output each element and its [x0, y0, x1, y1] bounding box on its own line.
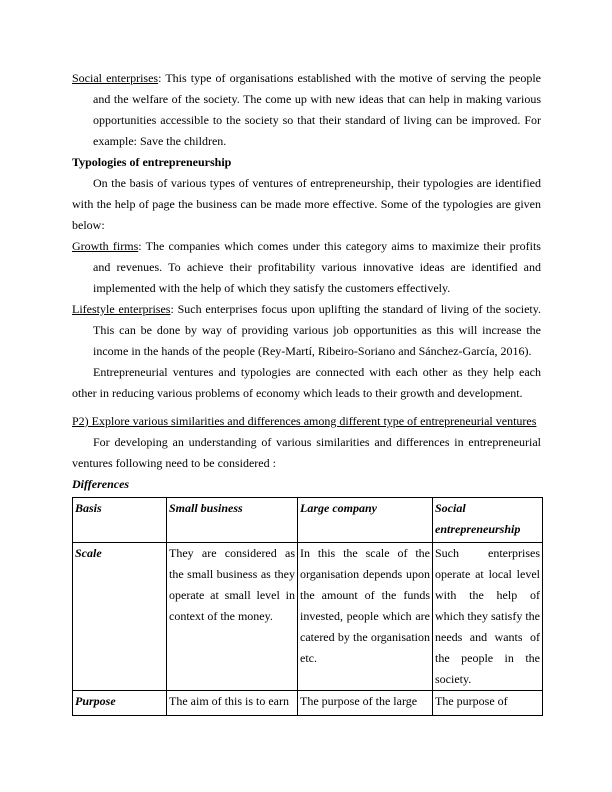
cell-large-company: In this the scale of the organisation de…: [298, 543, 433, 691]
header-large-company: Large company: [298, 498, 433, 543]
table-row: Scale They are considered as the small b…: [73, 543, 543, 691]
header-small-business: Small business: [167, 498, 298, 543]
cell-text: In this the scale of the organisation de…: [300, 543, 430, 669]
cell-text: The aim of this is to earn: [169, 691, 295, 712]
cell-small-business: The aim of this is to earn: [167, 691, 298, 716]
differences-heading: Differences: [72, 474, 541, 495]
growth-firms-text: : The companies which comes under this c…: [93, 239, 541, 295]
document-page: Social enterprises: This type of organis…: [72, 68, 541, 716]
cell-small-business: They are considered as the small busines…: [167, 543, 298, 691]
lifestyle-enterprises-term: Lifestyle enterprises: [72, 302, 170, 316]
p2-intro-paragraph: For developing an understanding of vario…: [72, 432, 541, 474]
table-row: Purpose The aim of this is to earn The p…: [73, 691, 543, 716]
cell-text: They are considered as the small busines…: [169, 543, 295, 627]
typologies-heading: Typologies of entrepreneurship: [72, 152, 541, 173]
header-social-entrepreneurship: Social entrepreneurship: [433, 498, 543, 543]
cell-text: Such enterprises operate at local level …: [435, 543, 540, 690]
typologies-intro-paragraph: On the basis of various types of venture…: [72, 173, 541, 236]
header-basis: Basis: [73, 498, 167, 543]
cell-text: The purpose of the large: [300, 691, 430, 712]
row-basis-purpose: Purpose: [73, 691, 167, 716]
cell-social-entrepreneurship: The purpose of: [433, 691, 543, 716]
connection-paragraph: Entrepreneurial ventures and typologies …: [72, 362, 541, 404]
social-enterprises-text: : This type of organisations established…: [93, 71, 541, 148]
social-enterprises-paragraph: Social enterprises: This type of organis…: [72, 68, 541, 152]
table-header-row: Basis Small business Large company Socia…: [73, 498, 543, 543]
cell-text: The purpose of: [435, 691, 540, 712]
cell-social-entrepreneurship: Such enterprises operate at local level …: [433, 543, 543, 691]
cell-large-company: The purpose of the large: [298, 691, 433, 716]
growth-firms-term: Growth firms: [72, 239, 138, 253]
differences-table: Basis Small business Large company Socia…: [72, 497, 543, 716]
social-enterprises-term: Social enterprises: [72, 71, 158, 85]
row-basis-scale: Scale: [73, 543, 167, 691]
p2-heading: P2) Explore various similarities and dif…: [72, 411, 541, 432]
growth-firms-paragraph: Growth firms: The companies which comes …: [72, 236, 541, 299]
lifestyle-enterprises-paragraph: Lifestyle enterprises: Such enterprises …: [72, 299, 541, 362]
